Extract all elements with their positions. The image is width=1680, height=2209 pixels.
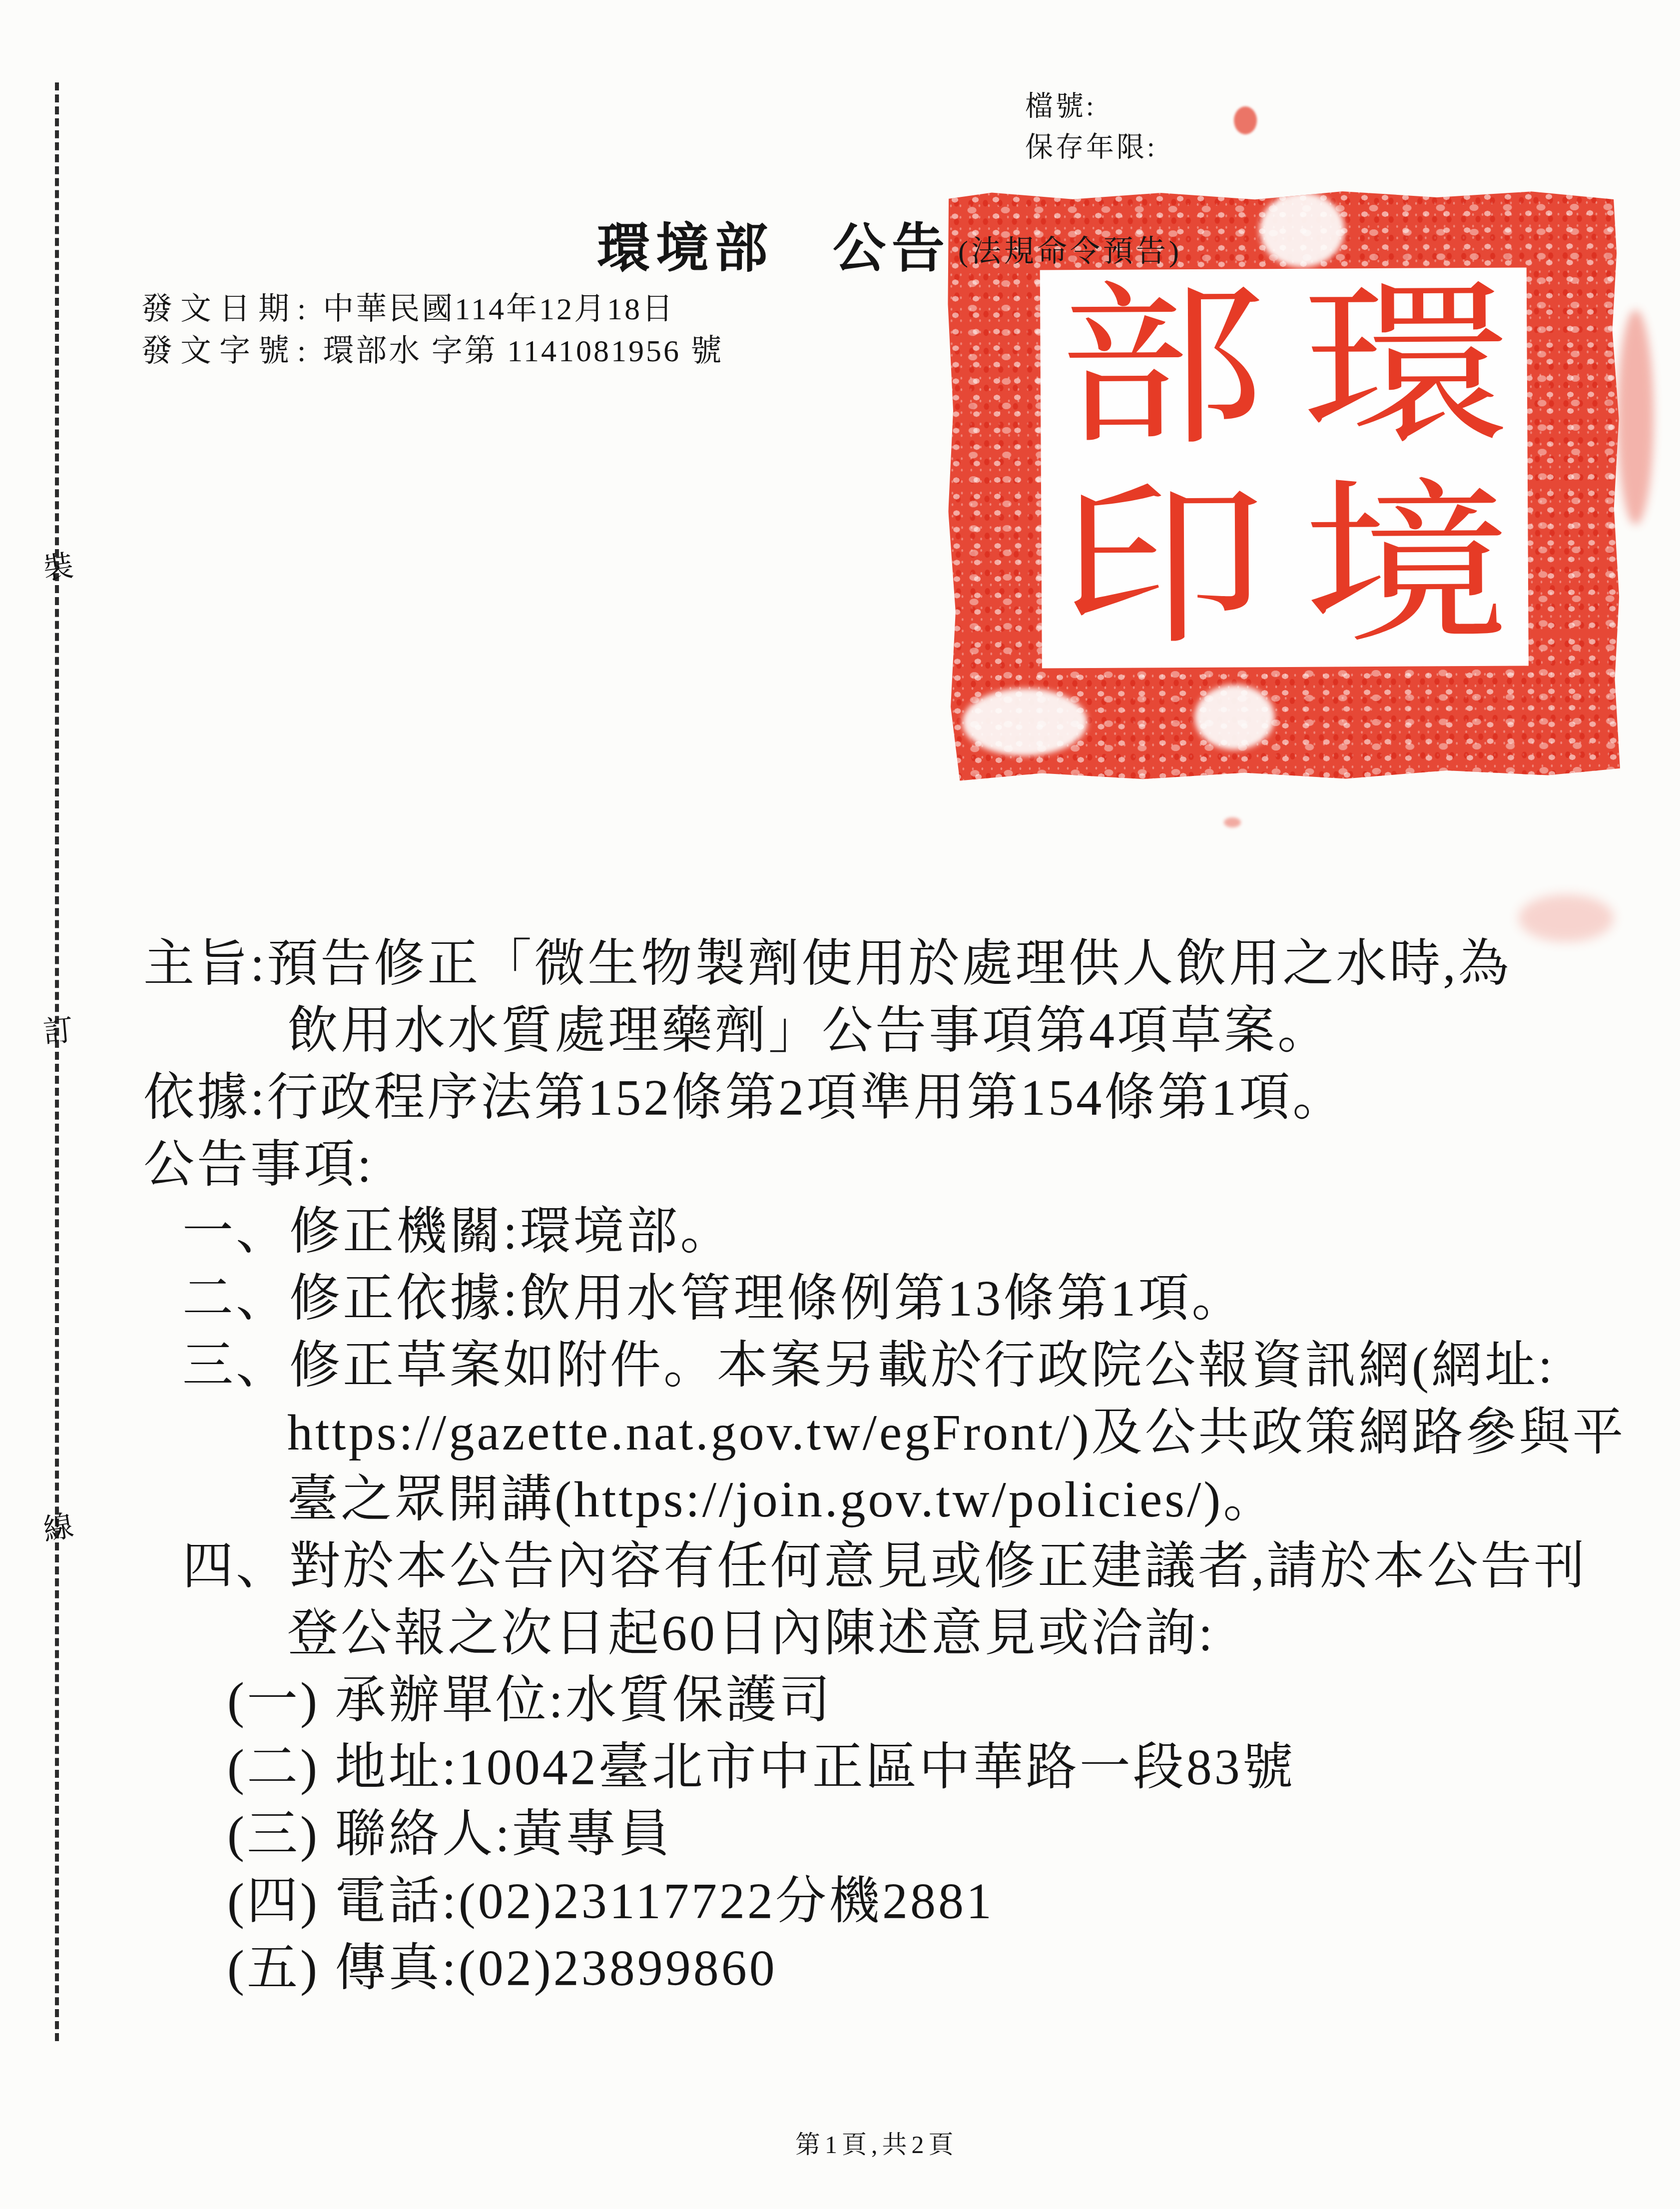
seal-inner-window: 部 環 印 境: [1040, 267, 1529, 668]
body-text: 主旨:預告修正「微生物製劑使用於處理供人飲用之水時,為飲用水水質處理藥劑」公告事…: [0, 931, 1680, 2002]
page-number-footer: 第1頁,共2頁: [795, 2125, 958, 2161]
document-title: 環境部 公告: [597, 206, 951, 282]
binding-mark-zhuang: 裝: [35, 541, 80, 589]
body-line: 主旨:預告修正「微生物製劑使用於處理供人飲用之水時,為: [143, 931, 1680, 998]
binding-mark-ding: 訂: [36, 1006, 79, 1052]
stamp-ink-gap: [1259, 192, 1345, 267]
body-line: 登公報之次日起60日內陳述意見或洽詢:: [287, 1600, 1680, 1667]
body-line: 一、修正機關:環境部。: [182, 1199, 1680, 1266]
body-line: (四) 電話:(02)23117722分機2881: [227, 1868, 1680, 1935]
official-seal-stamp: 部 環 印 境: [945, 188, 1622, 783]
body-line: 公告事項:: [143, 1132, 1680, 1199]
body-line: (二) 地址:10042臺北市中正區中華路一段83號: [227, 1734, 1680, 1801]
issue-date-line: 發文日期:中華民國114年12月18日: [141, 284, 675, 328]
body-line: 飲用水水質處理藥劑」公告事項第4項草案。: [287, 998, 1680, 1065]
seal-character: 境: [1262, 467, 1551, 668]
body-line: 四、對於本公告內容有任何意見或修正建議者,請於本公告刊: [182, 1533, 1680, 1600]
binding-mark-xian: 線: [35, 1501, 81, 1549]
title-annotation: (法規命令預告): [958, 227, 1182, 270]
issue-date-value: 中華民國114年12月18日: [323, 292, 675, 326]
seal-character: 環: [1261, 267, 1550, 468]
body-line: 二、修正依據:飲用水管理條例第13條第1項。: [182, 1266, 1680, 1333]
stamp-ink-gap: [962, 688, 1088, 756]
ink-smudge: [1234, 106, 1257, 134]
scanned-official-document: { "document": { "file_no_label": "檔號:", …: [0, 0, 1680, 2209]
ink-smudge: [1618, 310, 1654, 525]
body-line: 三、修正草案如附件。本案另載於行政院公報資訊網(網址:: [182, 1333, 1680, 1400]
doc-number-label: 發文字號:: [141, 334, 314, 368]
body-line: https://gazette.nat.gov.tw/egFront/)及公共政…: [287, 1400, 1680, 1467]
body-line: (三) 聯絡人:黃專員: [227, 1801, 1680, 1868]
stamp-ink-gap: [1194, 685, 1275, 750]
body-line: 依據:行政程序法第152條第2項準用第154條第1項。: [143, 1065, 1680, 1132]
body-line: (一) 承辦單位:水質保護司: [227, 1667, 1680, 1734]
file-number-label: 檔號:: [1025, 84, 1097, 124]
doc-number-line: 發文字號:環部水 字第 1141081956 號: [141, 326, 723, 370]
body-line: (五) 傳真:(02)23899860: [227, 1935, 1680, 2002]
ink-smudge: [1519, 894, 1614, 942]
doc-number-value: 環部水 字第 1141081956 號: [323, 334, 723, 368]
retention-period-label: 保存年限:: [1025, 125, 1157, 165]
body-line: 臺之眾開講(https://join.gov.tw/policies/)。: [287, 1467, 1680, 1533]
issue-date-label: 發文日期:: [141, 292, 314, 326]
ink-smudge: [1224, 817, 1241, 827]
